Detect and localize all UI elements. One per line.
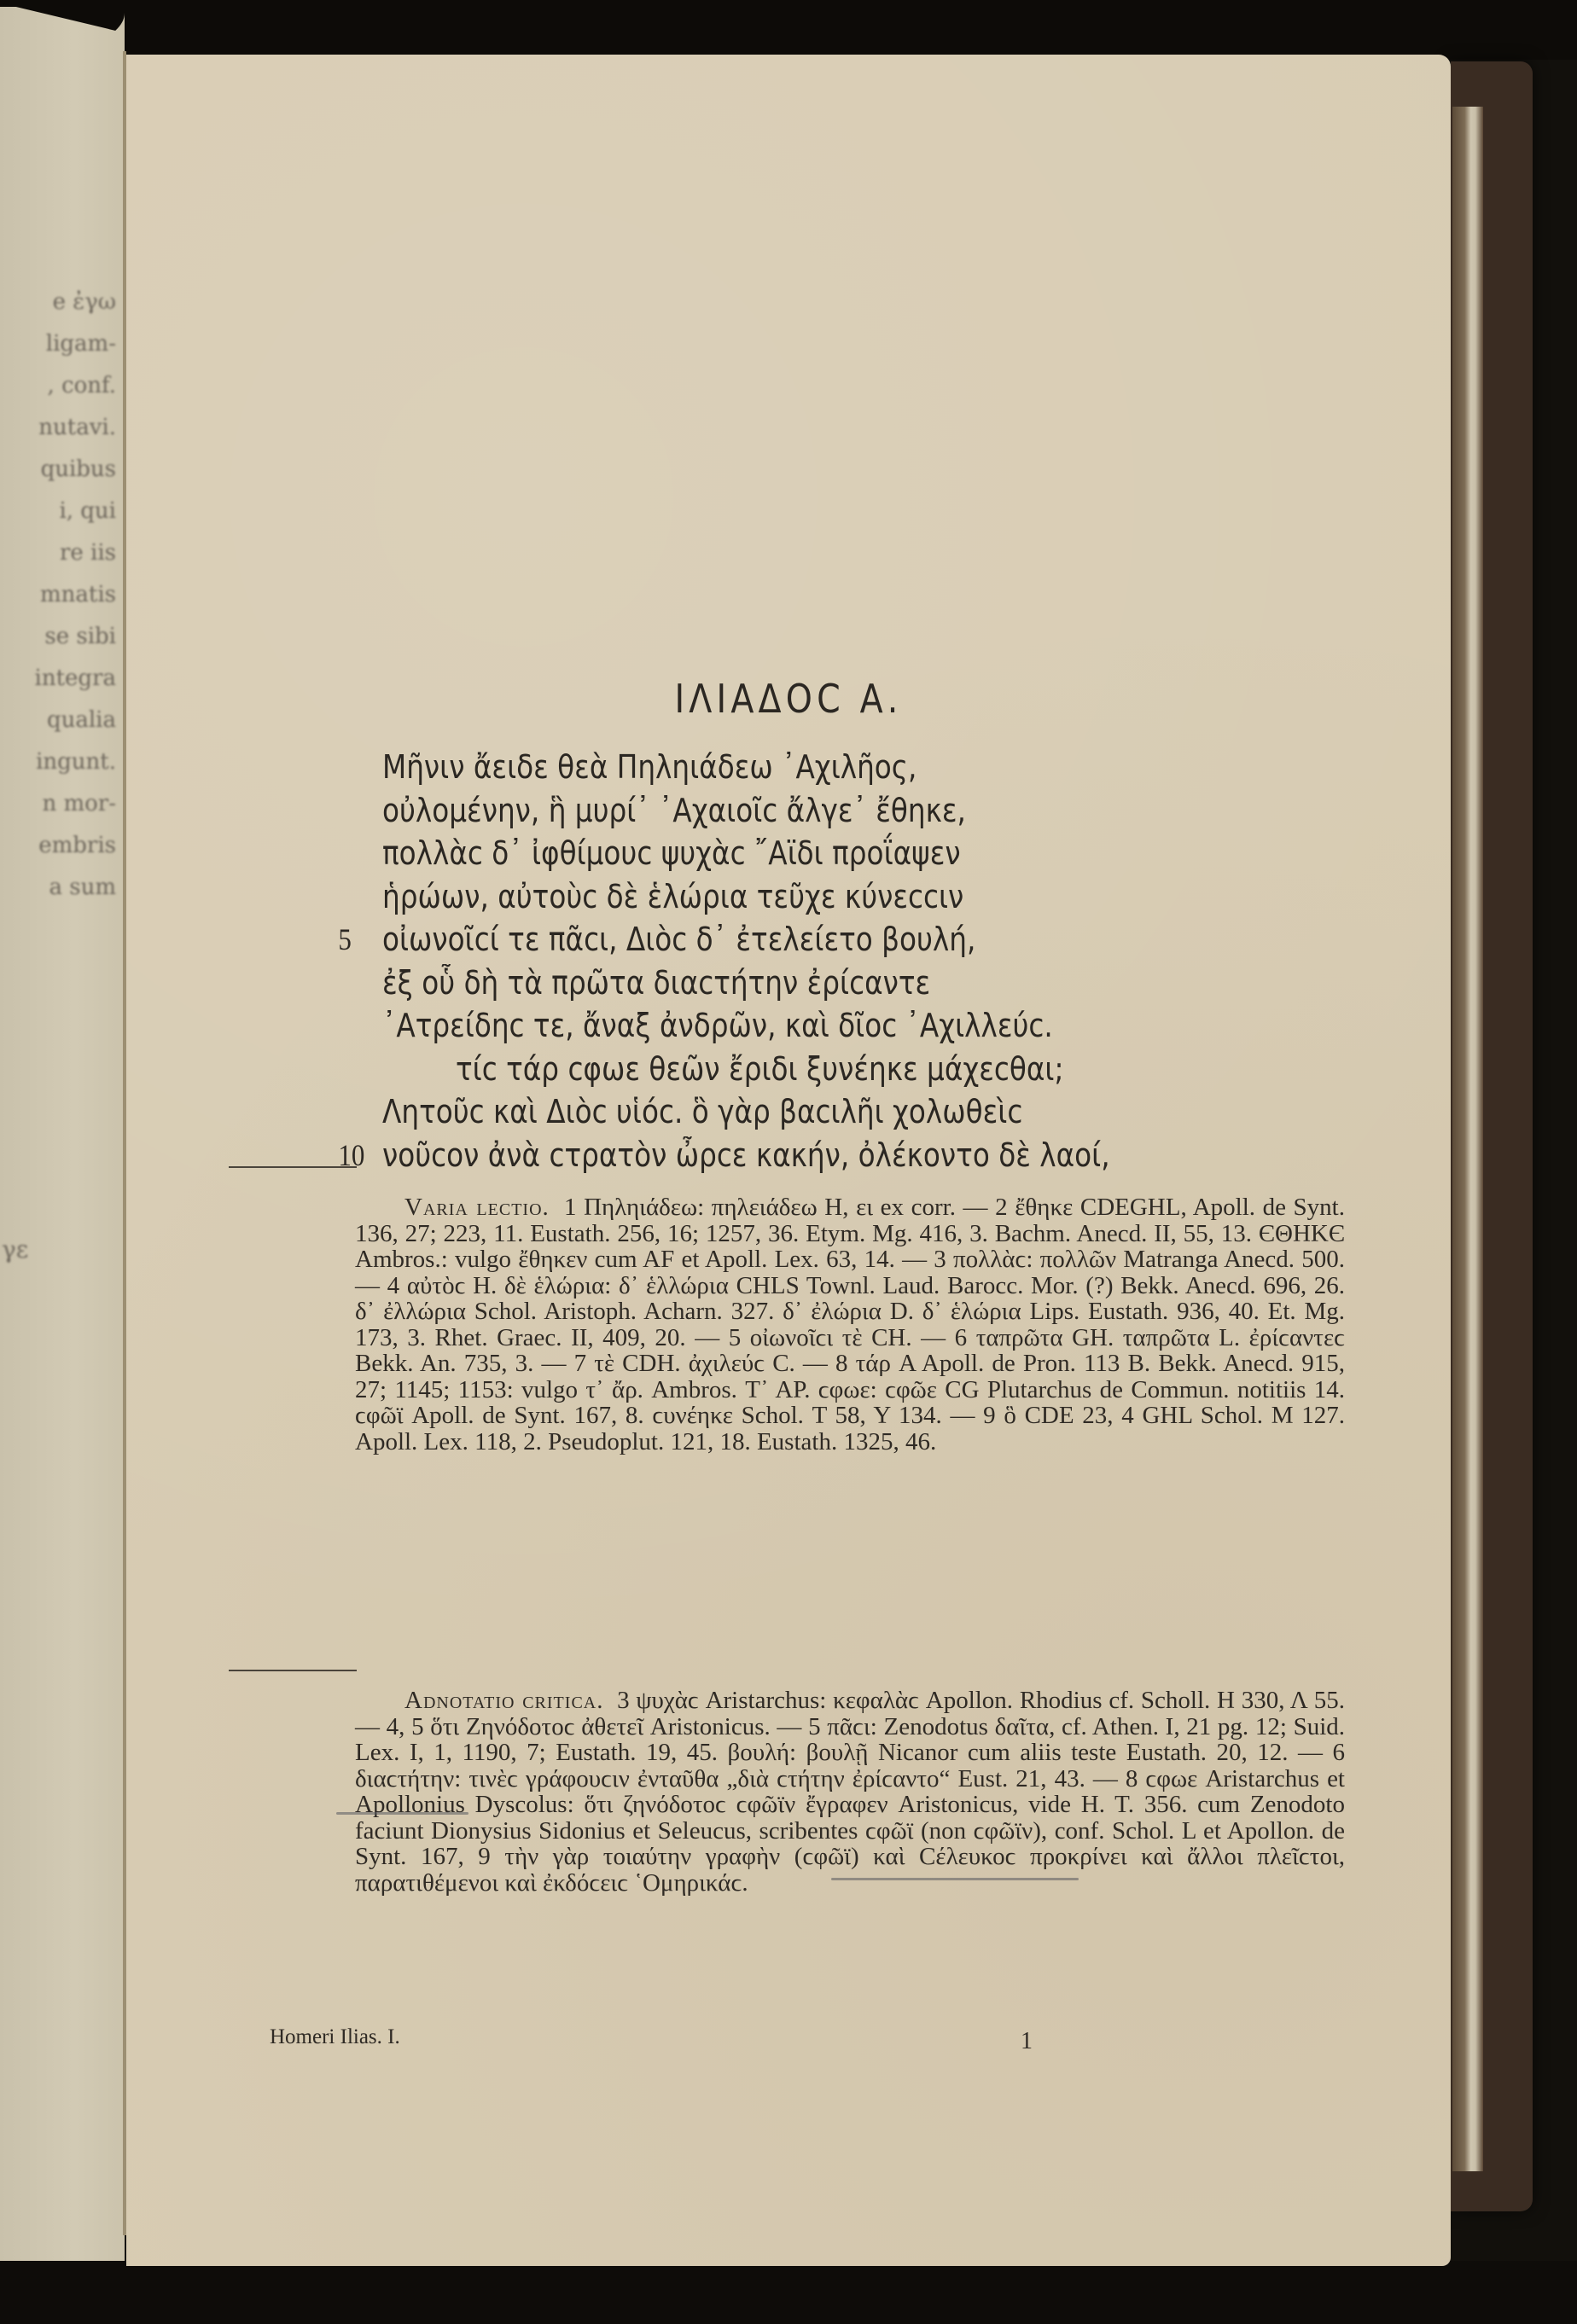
fragment: i, qui (14, 491, 116, 532)
signature-mark: Homeri Ilias. I. (270, 2025, 400, 2049)
fragment: ligam- (14, 323, 116, 365)
verse-text: οὐλομένην, ἣ μυρί᾿ ᾿Αχαιοῖϲ ἄλγε᾿ ἔθηκε, (382, 792, 966, 829)
divider-rule (229, 1670, 357, 1671)
verse-text: τίϲ τάρ ϲφωε θεῶν ἔριδι ξυνέηκε μάχεϲθαι… (456, 1050, 1063, 1088)
verse-text: Μῆνιν ἄειδε θεὰ Πηληιάδεω ᾿Αχιλῆος, (382, 748, 917, 786)
fragment: a sum (14, 867, 116, 909)
varia-lectio-section: Varia lectio. 1 Πηληιάδεω: πηλειάδεω H, … (355, 1194, 1345, 1455)
verse-text: οἰωνοῖϲί τε πᾶϲι, Διὸϲ δ᾿ ἐτελείετο βουλ… (382, 921, 975, 958)
left-facing-page: e ἐγω ligam- , conf. nutavi. quibus i, q… (0, 7, 125, 2302)
line-number: 5 (338, 918, 351, 962)
page-title: ΙΛΙΑΔΟϹ Α. (219, 676, 1359, 722)
verse-line: 10νοῦϲον ἀνὰ ϲτρατὸν ὦρϲε κακήν, ὀλέκοντ… (382, 1134, 1110, 1177)
verse-line: ἐξ οὗ δὴ τὰ πρῶτα διαϲτήτην ἐρίϲαντε (382, 962, 1110, 1005)
adnotatio-critica-text: 3 ψυχὰϲ Aristarchus: κεφαλὰϲ Apollon. Rh… (355, 1687, 1345, 1897)
verse-line: Μῆνιν ἄειδε θεὰ Πηληιάδεω ᾿Αχιλῆος, (382, 746, 1110, 789)
fragment: ingunt. (14, 741, 116, 783)
varia-lectio-heading: Varia lectio. (404, 1194, 550, 1221)
fragment: e ἐγω (14, 282, 116, 323)
pencil-underline (336, 1812, 468, 1815)
adnotatio-critica-heading: Adnotatio critica. (404, 1687, 603, 1714)
verse-line: ᾿Ατρείδηϲ τε, ἄναξ ἀνδρῶν, καὶ δῖοϲ ᾿Αχι… (382, 1004, 1110, 1048)
verse-text: Λητοῦϲ καὶ Διὸϲ υἱόϲ. ὃ γὰρ βαϲιλῆι χολω… (382, 1093, 1022, 1130)
fragment: integra (14, 658, 116, 700)
background-top (0, 0, 1577, 60)
fragment: embris (14, 825, 116, 867)
verse-line: πολλὰϲ δ᾿ ἰφθίμουϲ ψυχὰϲ ῎Αϊδι προΐαψεν (382, 832, 1110, 875)
adnotatio-critica-section: Adnotatio critica. 3 ψυχὰϲ Aristarchus: … (355, 1688, 1345, 1896)
fragment: nutavi. (14, 407, 116, 449)
verse-block: Μῆνιν ἄειδε θεὰ Πηληιάδεω ᾿Αχιλῆος,οὐλομ… (382, 746, 1228, 1177)
verse-line: ἡρώων, αὐτοὺϲ δὲ ἑλώρια τεῦχε κύνεϲϲιν (382, 875, 1110, 919)
verse-text: νοῦϲον ἀνὰ ϲτρατὸν ὦρϲε κακήν, ὀλέκοντο … (382, 1136, 1110, 1174)
fragment: re iis (14, 532, 116, 574)
left-page-text-fragments: e ἐγω ligam- , conf. nutavi. quibus i, q… (14, 282, 116, 909)
verse-text: ἐξ οὗ δὴ τὰ πρῶτα διαϲτήτην ἐρίϲαντε (382, 964, 930, 1002)
fragment: n mor- (14, 783, 116, 825)
background-bottom (0, 2261, 1577, 2324)
page-number: 1 (1021, 2028, 1033, 2055)
verse-line: 5οἰωνοῖϲί τε πᾶϲι, Διὸϲ δ᾿ ἐτελείετο βου… (382, 918, 1110, 962)
pencil-underline (831, 1878, 1079, 1880)
varia-lectio-text: 1 Πηληιάδεω: πηλειάδεω H, ει ex corr. — … (355, 1194, 1345, 1455)
line-number: 10 (338, 1134, 364, 1177)
right-page: ΙΛΙΑΔΟϹ Α. Μῆνιν ἄειδε θεὰ Πηληιάδεω ᾿Αχ… (126, 55, 1451, 2266)
fragment: qualia (14, 700, 116, 741)
verse-line: τίϲ τάρ ϲφωε θεῶν ἔριδι ξυνέηκε μάχεϲθαι… (382, 1048, 1110, 1091)
verse-text: ᾿Ατρείδηϲ τε, ἄναξ ἀνδρῶν, καὶ δῖοϲ ᾿Αχι… (382, 1007, 1053, 1044)
verse-text: ἡρώων, αὐτοὺϲ δὲ ἑλώρια τεῦχε κύνεϲϲιν (382, 878, 963, 915)
fragment: , conf. (14, 365, 116, 407)
fragment: se sibi (14, 616, 116, 658)
page-edges (1452, 107, 1483, 2171)
verse-line: οὐλομένην, ἣ μυρί᾿ ᾿Αχαιοῖϲ ἄλγε᾿ ἔθηκε, (382, 789, 1110, 833)
fragment: quibus (14, 449, 116, 491)
fragment: mnatis (14, 574, 116, 616)
divider-rule (229, 1166, 357, 1168)
left-page-stray-fragment: γε (2, 1235, 28, 1264)
verse-line: Λητοῦϲ καὶ Διὸϲ υἱόϲ. ὃ γὰρ βαϲιλῆι χολω… (382, 1090, 1110, 1134)
verse-text: πολλὰϲ δ᾿ ἰφθίμουϲ ψυχὰϲ ῎Αϊδι προΐαψεν (382, 834, 961, 872)
